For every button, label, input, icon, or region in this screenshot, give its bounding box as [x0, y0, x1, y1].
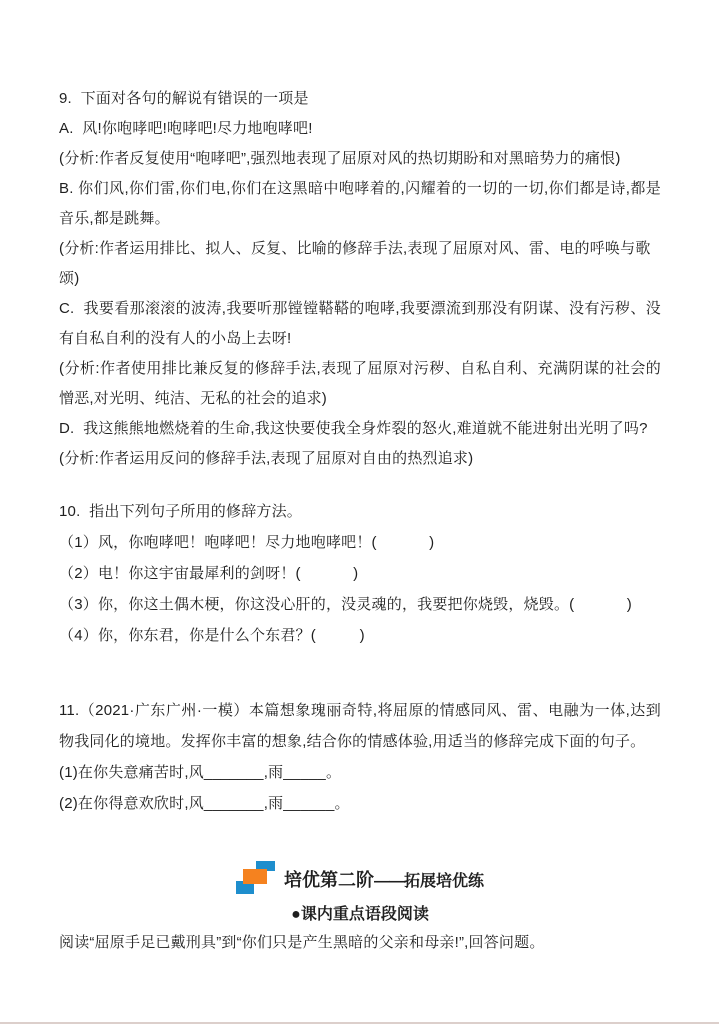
question-9-option-a-analysis: (分析:作者反复使用“咆哮吧”,强烈地表现了屈原对风的热切期盼和对黑暗势力的痛恨… — [59, 144, 661, 174]
page-content: 9. 下面对各句的解说有错误的一项是 A. 风!你咆哮吧!咆哮吧!尽力地咆哮吧!… — [0, 0, 719, 958]
question-11: 11.（2021·广东广州·一模）本篇想象瑰丽奇特,将屈原的情感同风、雷、电融为… — [59, 695, 661, 819]
question-9-stem: 9. 下面对各句的解说有错误的一项是 — [59, 84, 661, 114]
question-9: 9. 下面对各句的解说有错误的一项是 A. 风!你咆哮吧!咆哮吧!尽力地咆哮吧!… — [59, 84, 661, 474]
section-header: 培优第二阶——拓展培优练 — [59, 861, 661, 896]
question-9-option-b-analysis: (分析:作者运用排比、拟人、反复、比喻的修辞手法,表现了屈原对风、雷、电的呼唤与… — [59, 234, 661, 294]
worksheet-page: 9. 下面对各句的解说有错误的一项是 A. 风!你咆哮吧!咆哮吧!尽力地咆哮吧!… — [0, 0, 719, 1024]
section-subtitle-label: 课内重点语段阅读 — [301, 906, 429, 923]
question-9-option-d-analysis: (分析:作者运用反问的修辞手法,表现了屈原对自由的热烈追求) — [59, 444, 661, 474]
bullet-icon: ● — [291, 906, 301, 923]
question-9-option-d: D. 我这熊熊地燃烧着的生命,我这快要使我全身炸裂的怒火,难道就不能进射出光明了… — [59, 414, 661, 444]
question-9-option-c: C. 我要看那滚滚的波涛,我要听那镗镗鞳鞳的咆哮,我要漂流到那没有阴谋、没有污秽… — [59, 294, 661, 354]
question-11-blank-item-1: (1)在你失意痛苦时,风_______,雨_____。 — [59, 757, 661, 788]
reading-instruction: 阅读“屈原手足已戴刑具”到“你们只是产生黑暗的父亲和母亲!”,回答问题。 — [59, 928, 661, 958]
question-11-blank-item-2: (2)在你得意欢欣时,风_______,雨______。 — [59, 788, 661, 819]
question-9-option-a: A. 风!你咆哮吧!咆哮吧!尽力地咆哮吧! — [59, 114, 661, 144]
section-title-main: 培优第二阶 — [284, 870, 374, 890]
section-title-sub: 拓展培优练 — [404, 873, 484, 890]
question-11-stem: 11.（2021·广东广州·一模）本篇想象瑰丽奇特,将屈原的情感同风、雷、电融为… — [59, 695, 661, 757]
section-title-dash: —— — [374, 873, 404, 890]
question-10-item-1: （1）风，你咆哮吧！咆哮吧！尽力地咆哮吧！( ) — [59, 527, 661, 558]
question-10-item-3: （3）你，你这土偶木梗，你这没心肝的，没灵魂的，我要把你烧毁，烧毁。( ) — [59, 589, 661, 620]
question-10-item-4: （4）你，你东君，你是什么个东君？( ) — [59, 620, 661, 651]
question-9-option-b: B. 你们风,你们雷,你们电,你们在这黑暗中咆哮着的,闪耀着的一切的一切,你们都… — [59, 174, 661, 234]
question-10-item-2: （2）电！你这宇宙最犀利的剑呀！( ) — [59, 558, 661, 589]
steps-icon-middle-block — [243, 869, 267, 884]
question-10: 10. 指出下列句子所用的修辞方法。 （1）风，你咆哮吧！咆哮吧！尽力地咆哮吧！… — [59, 496, 661, 651]
section-subtitle: ●课内重点语段阅读 — [59, 902, 661, 928]
question-9-option-c-analysis: (分析:作者使用排比兼反复的修辞手法,表现了屈原对污秽、自私自利、充满阴谋的社会… — [59, 354, 661, 414]
steps-icon — [236, 861, 276, 896]
question-10-stem: 10. 指出下列句子所用的修辞方法。 — [59, 496, 661, 527]
